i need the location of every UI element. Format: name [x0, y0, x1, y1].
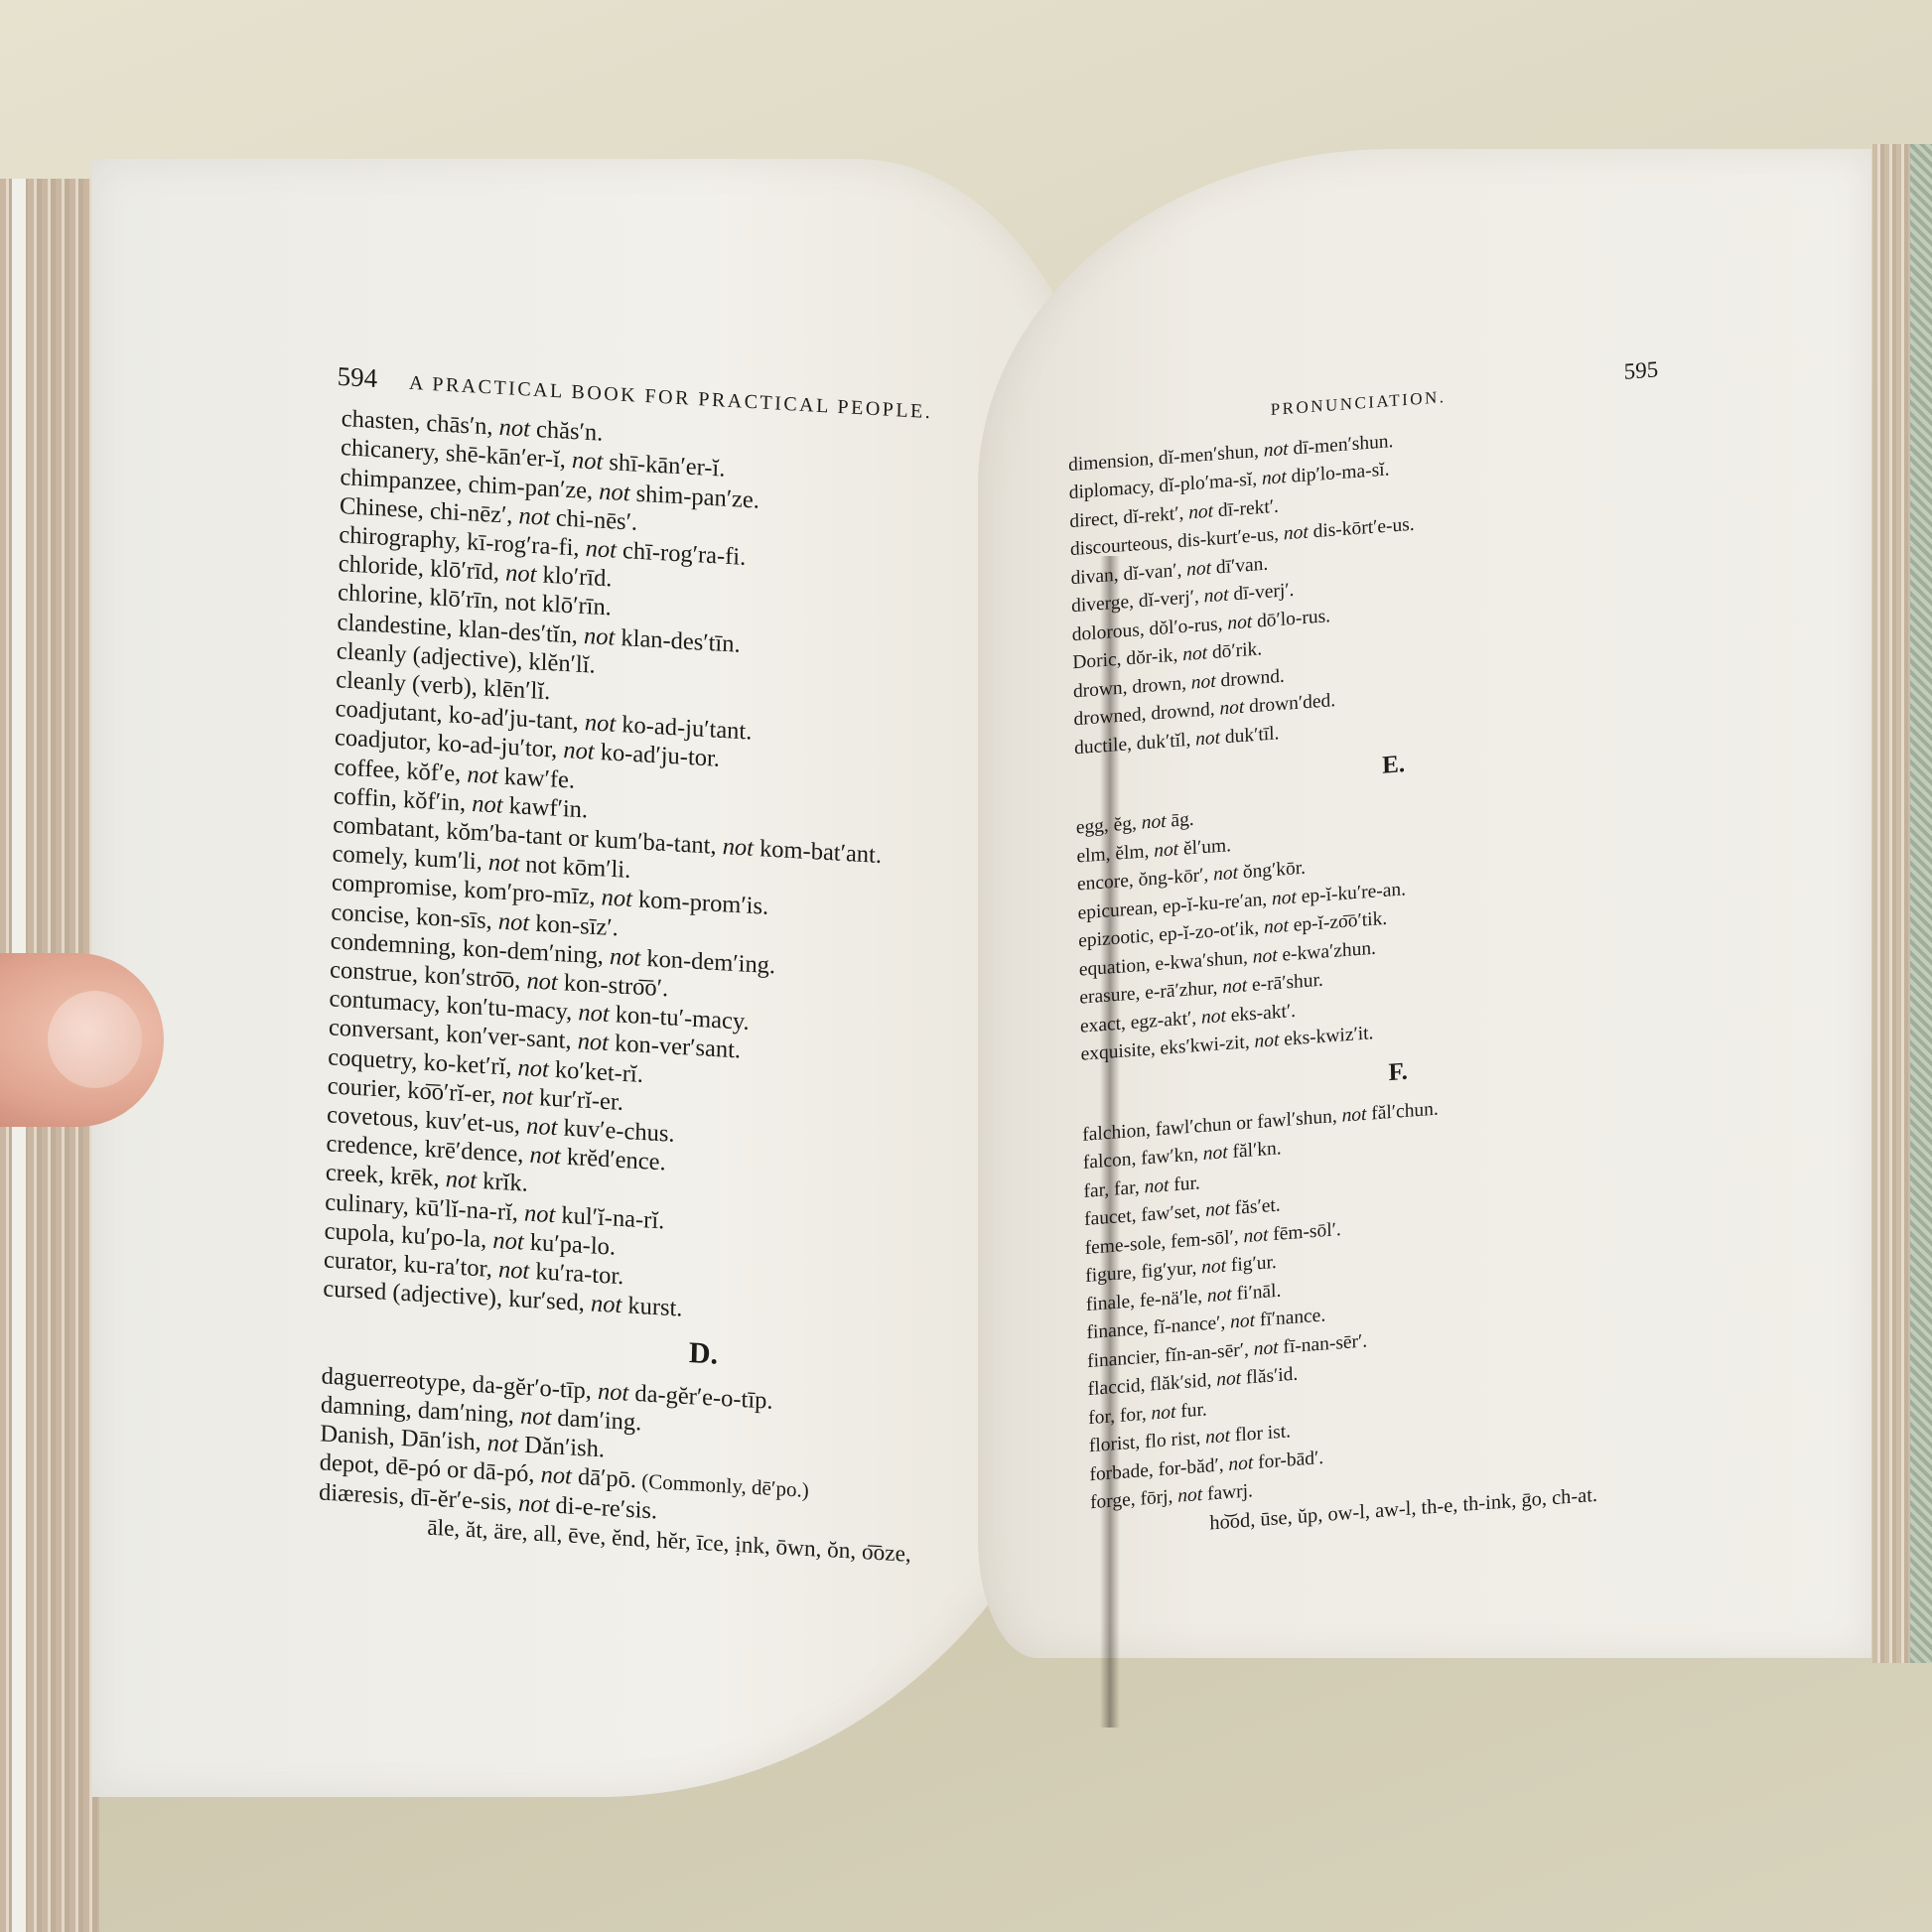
- entry-word: equation,: [1079, 954, 1156, 981]
- entry-pronunciation: fĭn-an-sēr′,: [1165, 1339, 1249, 1366]
- entry-word: feme-sole,: [1084, 1231, 1171, 1258]
- not-label: not: [1198, 1142, 1233, 1166]
- entry-word: exact,: [1080, 1012, 1131, 1036]
- entry-incorrect-pronunciation: kaw′fe.: [504, 762, 576, 793]
- entry-pronunciation: kŏf′in,: [403, 786, 467, 817]
- not-label: not: [512, 502, 556, 531]
- entry-word: epicurean,: [1077, 897, 1163, 923]
- entry-incorrect-pronunciation: ep-ĭ-zo͞o′tik.: [1294, 908, 1388, 936]
- entry-incorrect-pronunciation: ku′ra-tor.: [535, 1258, 623, 1290]
- entry-incorrect-pronunciation: fur.: [1173, 1173, 1200, 1195]
- entry-pronunciation: for,: [1120, 1403, 1147, 1426]
- entry-pronunciation: flăk′sid,: [1150, 1370, 1211, 1396]
- entry-pronunciation: dam′ning,: [418, 1397, 515, 1429]
- entry-incorrect-pronunciation: Dăn′ish.: [524, 1432, 605, 1463]
- entry-incorrect-pronunciation: flor ist.: [1235, 1421, 1292, 1446]
- entry-incorrect-pronunciation: chăs′n.: [536, 416, 604, 447]
- entry-word: construe,: [330, 956, 425, 988]
- not-label: not: [1200, 1198, 1235, 1222]
- entry-word: damning,: [321, 1391, 418, 1423]
- entry-incorrect-pronunciation: shim-pan′ze.: [635, 480, 759, 513]
- entry-incorrect-pronunciation: kom-bat′ant.: [759, 835, 882, 869]
- entry-word: courier,: [327, 1072, 407, 1104]
- not-label: not: [1259, 438, 1294, 462]
- entry-pronunciation: drown,: [1132, 672, 1186, 697]
- entry-pronunciation: chi-nēz′,: [430, 497, 513, 529]
- entry-pronunciation: egz-akt′,: [1131, 1008, 1197, 1034]
- not-label: not: [1140, 1174, 1174, 1198]
- entry-incorrect-pronunciation: ep-ĭ-ku′re-an.: [1302, 879, 1407, 907]
- not-label: not: [1208, 862, 1243, 886]
- entry-pronunciation: ku-ra′tor,: [403, 1251, 492, 1283]
- entry-pronunciation: drownd,: [1151, 699, 1215, 725]
- entry-pronunciation: Dān′ish,: [401, 1425, 482, 1456]
- entry-incorrect-pronunciation: dis-kōrt′e-us.: [1312, 514, 1414, 543]
- entry-word: direct,: [1069, 507, 1123, 532]
- entry-pronunciation: eks′kwi-zit,: [1160, 1032, 1250, 1059]
- entry-word: egg,: [1076, 815, 1114, 839]
- not-label: not: [1249, 1336, 1284, 1360]
- entry-word: divan,: [1070, 564, 1123, 589]
- entry-pronunciation: dŏl′o-rus,: [1149, 614, 1222, 639]
- entry-incorrect-pronunciation: dō′lo-rus.: [1257, 606, 1330, 631]
- entry-pronunciation: for-băd′,: [1158, 1454, 1223, 1480]
- not-label: not: [585, 1290, 628, 1318]
- not-label: not: [1214, 696, 1249, 720]
- entry-pronunciation: dis-kurt′e-us,: [1177, 524, 1279, 553]
- entry-list-c: chasten, chās′n, not chăs′n.chicanery, s…: [323, 404, 934, 1336]
- thumbnail: [48, 991, 142, 1088]
- entry-incorrect-pronunciation: fur.: [1180, 1399, 1207, 1422]
- entry-word: comely,: [332, 840, 414, 872]
- entry-incorrect-pronunciation: e-kwa′zhun.: [1282, 937, 1376, 965]
- entry-word: finale,: [1086, 1291, 1140, 1315]
- not-label: not: [1267, 887, 1302, 910]
- entry-word: falcon,: [1083, 1149, 1142, 1173]
- entry-pronunciation: klĕn′lĭ.: [528, 648, 596, 679]
- entry-pronunciation: dĭ-rekt′,: [1123, 502, 1183, 528]
- entry-pronunciation: klēn′lĭ.: [483, 674, 551, 705]
- not-label: not: [1238, 1224, 1273, 1248]
- entry-incorrect-pronunciation: kon-stro͞o′.: [564, 969, 669, 1002]
- entry-incorrect-pronunciation: fawrj.: [1207, 1480, 1253, 1504]
- entry-word: forbade,: [1089, 1459, 1159, 1485]
- entry-incorrect-pronunciation: fi′nāl.: [1236, 1280, 1281, 1304]
- not-label: not: [1217, 975, 1252, 999]
- not-label: not: [1183, 500, 1218, 524]
- not-label: not: [1196, 1255, 1231, 1279]
- not-label: not: [481, 1429, 524, 1457]
- entry-word: chloride,: [338, 550, 430, 582]
- entry-word: concise,: [331, 898, 416, 930]
- entry-incorrect-pronunciation: ĕl′um.: [1183, 835, 1231, 860]
- entry-incorrect-pronunciation: e-rā′shur.: [1252, 970, 1323, 996]
- not-label: not: [1200, 1425, 1235, 1449]
- not-label: not: [1336, 1103, 1371, 1127]
- not-label: not: [716, 833, 759, 862]
- entry-incorrect-pronunciation: drown′ded.: [1249, 690, 1335, 717]
- entry-pronunciation: ep-ĭ-ku-re′an,: [1163, 889, 1268, 917]
- not-label: not: [1149, 838, 1183, 862]
- entry-word: exquisite,: [1080, 1038, 1160, 1065]
- not-label: not: [1199, 584, 1234, 608]
- entry-incorrect-pronunciation: ŏng′kōr.: [1243, 858, 1307, 884]
- entry-list-e: egg, ĕg, not āg.elm, ĕlm, not ĕl′um.enco…: [1076, 771, 1672, 1069]
- entry-incorrect-pronunciation: kawf′in.: [508, 792, 588, 823]
- not-label: not: [499, 559, 543, 588]
- entry-word: erasure,: [1079, 983, 1145, 1009]
- entry-incorrect-pronunciation: făs′et.: [1235, 1194, 1281, 1218]
- entry-incorrect-pronunciation: for-bād′.: [1258, 1447, 1323, 1472]
- entry-pronunciation: flo rist,: [1145, 1428, 1201, 1452]
- entry-pronunciation: dĭ-verj′,: [1139, 587, 1199, 613]
- not-label: not: [557, 737, 601, 765]
- entry-word: chlorine,: [338, 580, 430, 612]
- not-label: not: [514, 1402, 558, 1431]
- entry-incorrect-pronunciation: eks-akt′.: [1230, 1000, 1296, 1026]
- entry-pronunciation: krē′dence,: [424, 1136, 523, 1169]
- not-label: not: [579, 535, 622, 564]
- not-label: not: [1248, 944, 1283, 968]
- not-label: not: [511, 1053, 555, 1082]
- entry-word: dimension,: [1068, 448, 1159, 476]
- entry-word: finance,: [1086, 1317, 1153, 1343]
- entry-word: epizootic,: [1078, 925, 1159, 952]
- left-page-text: 594A PRACTICAL BOOK FOR PRACTICAL PEOPLE…: [318, 362, 935, 1570]
- photo-scene: 594A PRACTICAL BOOK FOR PRACTICAL PEOPLE…: [0, 0, 1932, 1932]
- entry-incorrect-pronunciation: flăs′id.: [1246, 1364, 1299, 1389]
- entry-incorrect-pronunciation: di-e-re′sis.: [555, 1492, 657, 1525]
- not-label: not: [1222, 611, 1257, 634]
- entry-word: florist,: [1089, 1432, 1146, 1456]
- entry-word: falchion,: [1082, 1119, 1156, 1145]
- entry-list-d-continued: dimension, dĭ-men′shun, not dī-men′shun.…: [1068, 408, 1666, 763]
- entry-incorrect-pronunciation: făl′kn.: [1232, 1138, 1282, 1163]
- entry-incorrect-pronunciation: eks-kwiz′it.: [1284, 1023, 1374, 1050]
- entry-incorrect-pronunciation: klan-des′tīn.: [621, 624, 741, 658]
- entry-incorrect-pronunciation: făl′chun.: [1371, 1098, 1439, 1124]
- not-label: not: [492, 414, 536, 443]
- entry-word: diæresis,: [319, 1479, 411, 1511]
- not-label: not: [1225, 1310, 1260, 1333]
- not-label: not: [1186, 670, 1221, 694]
- not-label: not: [1196, 1005, 1231, 1029]
- entry-word: for,: [1088, 1405, 1120, 1428]
- entry-pronunciation: e-kwa′shun,: [1155, 947, 1248, 975]
- entry-word: flaccid,: [1087, 1375, 1150, 1401]
- entry-word: figure,: [1085, 1262, 1142, 1287]
- not-label: not: [593, 478, 636, 506]
- not-label: not: [578, 621, 621, 650]
- page-number-right: 595: [1623, 356, 1658, 384]
- entry-incorrect-pronunciation: klō′rīn.: [542, 591, 612, 621]
- entry-word: elm,: [1076, 843, 1115, 867]
- entry-pronunciation: fig′yur,: [1141, 1258, 1196, 1283]
- entry-pronunciation: dĭ-men′shun,: [1159, 440, 1259, 468]
- entry-word: financier,: [1087, 1345, 1165, 1372]
- not-label: not: [571, 1028, 615, 1056]
- entry-incorrect-pronunciation: klo′rīd.: [542, 562, 612, 593]
- not-label: not: [604, 942, 647, 971]
- not-label: not: [486, 1226, 530, 1255]
- entry-word: discourteous,: [1070, 531, 1177, 560]
- entry-incorrect-pronunciation: fī-nan-sēr′.: [1283, 1330, 1367, 1357]
- entry-word: depot,: [320, 1449, 386, 1480]
- entry-word: curator,: [324, 1246, 404, 1278]
- not-label: not: [1202, 1283, 1237, 1307]
- entry-word: covetous,: [327, 1101, 426, 1134]
- entry-pronunciation: fĭ-nance′,: [1153, 1312, 1225, 1338]
- entry-pronunciation: ko-ket′rĭ,: [423, 1048, 511, 1080]
- entry-incorrect-pronunciation: āg.: [1171, 809, 1194, 832]
- entry-word: drowned,: [1073, 704, 1151, 731]
- entry-word: drown,: [1073, 676, 1133, 701]
- entry-word: coffin,: [334, 782, 404, 813]
- entry-pronunciation: kum′li,: [414, 845, 483, 876]
- entry-incorrect-pronunciation: shī-kān′er-ĭ.: [609, 450, 726, 483]
- entry-incorrect-pronunciation: fī′nance.: [1260, 1305, 1326, 1330]
- entry-incorrect-pronunciation: drownd.: [1220, 665, 1285, 691]
- entry-pronunciation: kuv′et-us,: [425, 1107, 520, 1139]
- entry-pronunciation: kū′lĭ-na-rĭ,: [415, 1193, 518, 1226]
- entry-pronunciation: krēk,: [390, 1163, 440, 1192]
- entry-word: credence,: [326, 1131, 425, 1164]
- not-label: not: [579, 709, 622, 738]
- entry-incorrect-pronunciation: kurst.: [627, 1293, 683, 1322]
- entry-incorrect-pronunciation: kom-prom′is.: [638, 887, 769, 920]
- entry-pronunciation: kur′sed,: [508, 1286, 585, 1316]
- entry-incorrect-pronunciation: dī-men′shun.: [1293, 431, 1393, 459]
- entry-word: coquetry,: [328, 1043, 424, 1075]
- entry-pronunciation: fem-sōl′,: [1171, 1226, 1239, 1252]
- entry-word: Chinese,: [340, 492, 431, 524]
- entry-pronunciation: kŏf′e,: [406, 758, 462, 787]
- not-label: not: [1146, 1401, 1180, 1425]
- entry-pronunciation: fe-nä′le,: [1140, 1286, 1203, 1311]
- entry-pronunciation: faw′kn,: [1141, 1144, 1198, 1169]
- running-head-title: PRONUNCIATION.: [1271, 387, 1447, 419]
- entry-pronunciation: e-rā′zhur,: [1145, 977, 1218, 1003]
- entry-pronunciation: far,: [1114, 1176, 1140, 1199]
- entry-incorrect-pronunciation: chī-rog′ra-fi.: [622, 537, 747, 571]
- not-label: not: [520, 967, 564, 996]
- page-number-left: 594: [337, 361, 377, 393]
- entry-incorrect-pronunciation: dī-rekt′.: [1218, 495, 1279, 521]
- entry-word: coffee,: [334, 754, 406, 784]
- entry-incorrect-pronunciation: not kōm′li.: [525, 851, 630, 884]
- entry-incorrect-pronunciation: fig′ur.: [1231, 1252, 1277, 1276]
- not-label: not: [520, 1112, 564, 1141]
- entry-pronunciation: dī-ĕr′e-sis,: [410, 1484, 512, 1517]
- entry-incorrect-pronunciation: dī-verj′.: [1233, 580, 1294, 606]
- not-label: not: [572, 999, 616, 1028]
- entry-incorrect-pronunciation: dam′ing.: [557, 1404, 641, 1436]
- book-cover-cloth: [1910, 144, 1932, 1663]
- entry-pronunciation: chās′n,: [426, 410, 493, 441]
- entry-incorrect-pronunciation: ko′ket-rĭ.: [555, 1056, 643, 1088]
- entry-pronunciation: kon′stro͞o,: [424, 962, 521, 994]
- entry-incorrect-pronunciation: krĕd′ence.: [567, 1144, 666, 1176]
- entry-pronunciation: dŏr-ik,: [1126, 644, 1177, 669]
- not-label: not: [1177, 642, 1212, 666]
- not-label: not: [466, 789, 509, 818]
- entry-word: Danish,: [320, 1420, 401, 1451]
- entry-word: forge,: [1090, 1489, 1141, 1514]
- not-label: not: [1211, 1367, 1246, 1391]
- entry-pronunciation: duk′tĭl,: [1137, 729, 1191, 754]
- entry-pronunciation: ĕlm,: [1115, 841, 1149, 865]
- entry-incorrect-pronunciation: duk′tīl.: [1225, 723, 1280, 748]
- entry-word: cupola,: [324, 1217, 401, 1248]
- entry-word: encore,: [1077, 870, 1139, 896]
- entry-incorrect-pronunciation: dō′rik.: [1212, 638, 1263, 663]
- entry-word: culinary,: [325, 1188, 415, 1220]
- not-label: not: [523, 1142, 567, 1171]
- entry-word: diplomacy,: [1069, 476, 1160, 503]
- not-label: not: [1249, 1030, 1284, 1053]
- entry-word: creek,: [326, 1160, 391, 1190]
- not-label: not: [1223, 1451, 1258, 1475]
- not-label: not: [495, 1082, 539, 1111]
- not-label: not: [439, 1166, 483, 1194]
- entry-pronunciation: klō′rīn, not: [429, 585, 536, 618]
- right-page-text: PRONUNCIATION.595 dimension, dĭ-men′shun…: [1067, 365, 1682, 1546]
- entry-word: far,: [1083, 1178, 1114, 1201]
- entry-word: ductile,: [1074, 733, 1137, 759]
- not-label: not: [512, 1490, 556, 1519]
- entry-pronunciation: dĭ-plo′ma-sĭ,: [1159, 469, 1257, 496]
- book-page-edges-right: [1872, 144, 1932, 1663]
- entry-incorrect-pronunciation: ko-ad′ju-tor.: [600, 740, 720, 773]
- entry-word: chasten,: [342, 405, 427, 437]
- entry-word: coadjutor,: [335, 725, 438, 758]
- entry-pronunciation: ep-ĭ-zo-ot′ik,: [1159, 917, 1259, 945]
- entry-pronunciation: fōrj,: [1140, 1486, 1173, 1509]
- entry-list-f: falchion, fawl′chun or fawl′shun, not fă…: [1082, 1078, 1681, 1518]
- entry-incorrect-pronunciation: krĭk.: [483, 1169, 528, 1198]
- entry-pronunciation: kon-sīs,: [416, 903, 492, 934]
- not-label: not: [534, 1461, 578, 1490]
- not-label: not: [592, 1377, 635, 1406]
- entry-pronunciation: ĕg,: [1113, 813, 1137, 836]
- entry-word: chicanery,: [341, 434, 446, 467]
- entry-incorrect-pronunciation: kul′ĭ-na-rĭ.: [561, 1201, 664, 1234]
- entry-word: Doric,: [1072, 648, 1126, 673]
- entry-incorrect-pronunciation: kon-sīz′.: [535, 909, 619, 941]
- entry-incorrect-pronunciation: chi-nēs′.: [556, 504, 638, 536]
- not-label: not: [1190, 727, 1225, 751]
- not-label: not: [1279, 521, 1313, 545]
- entry-pronunciation: klō′rīd,: [430, 555, 499, 586]
- not-label: not: [518, 1199, 562, 1228]
- not-label: not: [492, 907, 536, 936]
- entry-incorrect-pronunciation: kur′rĭ-er.: [539, 1084, 623, 1116]
- entry-incorrect-pronunciation: dī′van.: [1216, 553, 1269, 578]
- entry-pronunciation: ku′po-la,: [401, 1222, 487, 1254]
- entry-incorrect-pronunciation: ku′pa-lo.: [530, 1229, 617, 1261]
- entry-word: faucet,: [1084, 1205, 1142, 1230]
- not-label: not: [492, 1256, 536, 1285]
- entry-word: diverge,: [1071, 591, 1139, 617]
- not-label: not: [1257, 467, 1292, 490]
- entry-pronunciation: ŏng-kōr′,: [1138, 865, 1208, 891]
- not-label: not: [1181, 557, 1216, 581]
- entry-incorrect-pronunciation: dā′pō.: [578, 1463, 637, 1493]
- not-label: not: [1173, 1484, 1207, 1508]
- entry-pronunciation: dĭ-van′,: [1123, 559, 1181, 584]
- not-label: not: [1259, 915, 1294, 939]
- entry-pronunciation: ko͞o′rĭ-er,: [407, 1077, 496, 1109]
- not-label: not: [461, 760, 504, 789]
- not-label: not: [1137, 810, 1172, 834]
- not-label: not: [566, 447, 610, 476]
- not-label: not: [595, 884, 638, 912]
- entry-incorrect-pronunciation: dip′lo-ma-sĭ.: [1291, 459, 1389, 486]
- entry-incorrect-pronunciation: fēm-sōl′.: [1273, 1219, 1341, 1245]
- entry-word: dolorous,: [1072, 619, 1150, 645]
- entry-pronunciation: faw′set,: [1141, 1200, 1200, 1225]
- not-label: not: [483, 849, 526, 878]
